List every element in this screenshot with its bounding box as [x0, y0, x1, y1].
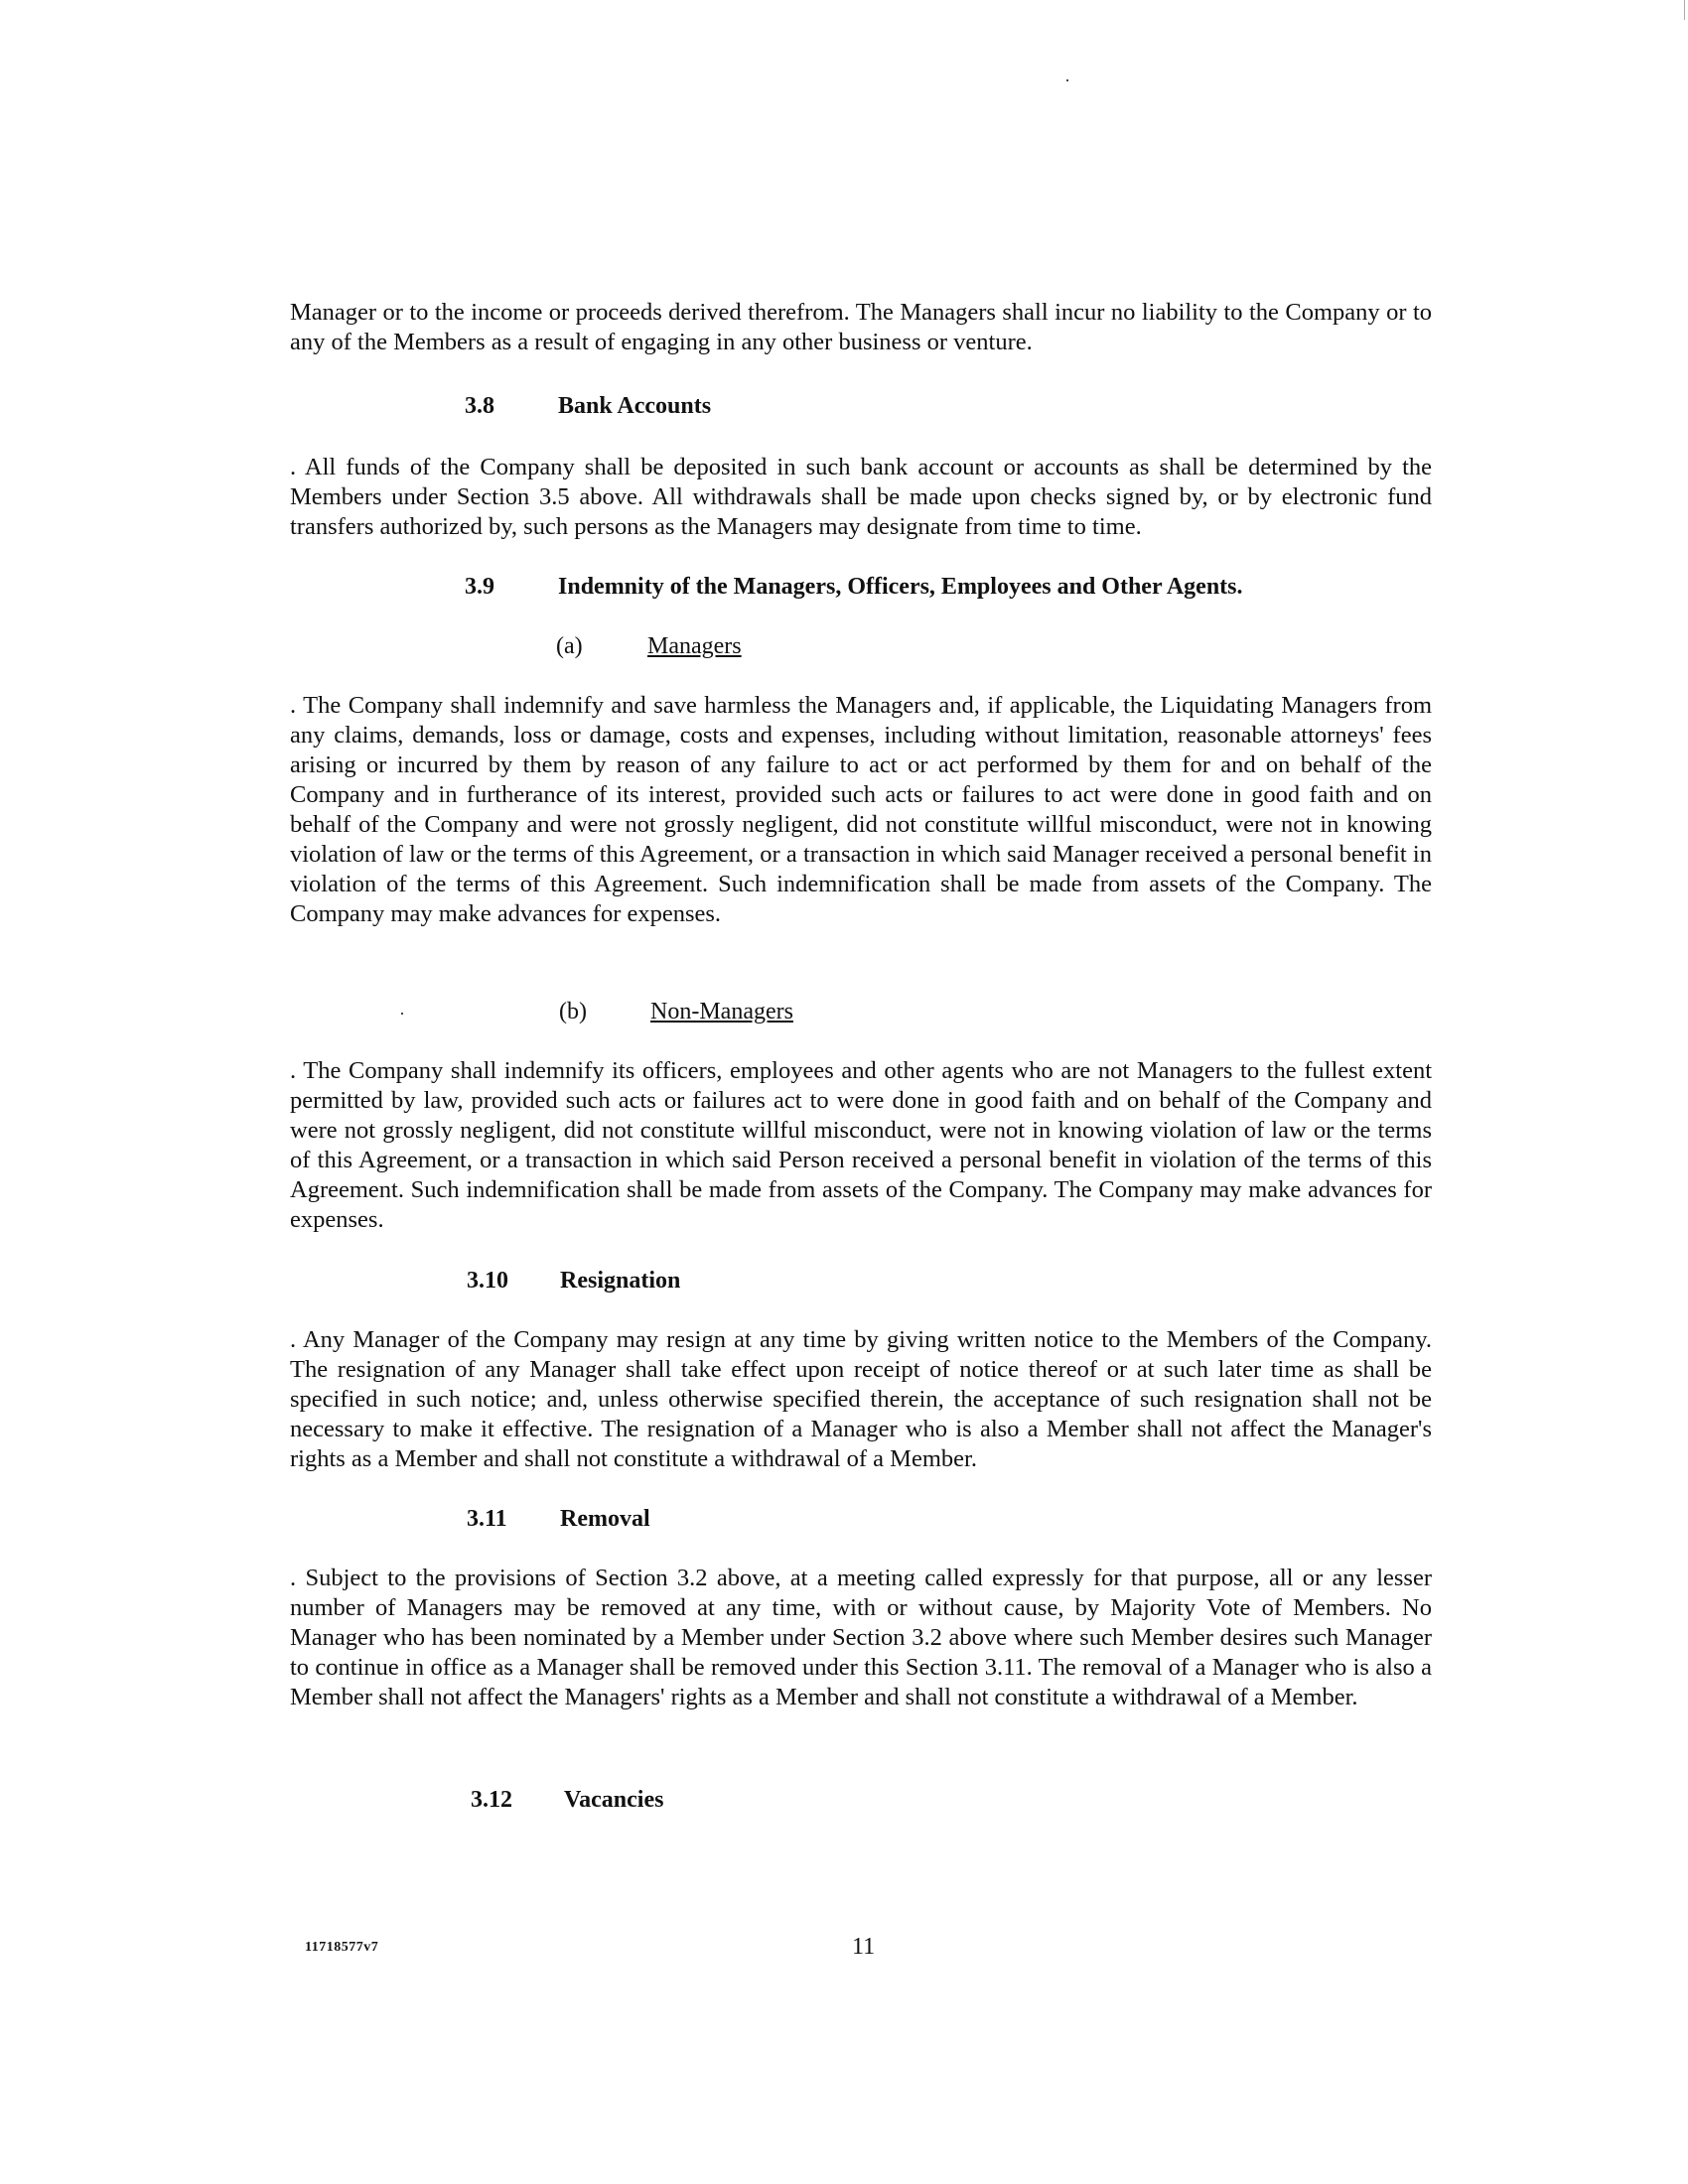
section-title: Removal: [560, 1506, 650, 1532]
section-number: 3.10: [467, 1266, 560, 1296]
subsection-title: Non-Managers: [650, 999, 793, 1024]
section-number: 3.9: [465, 572, 558, 602]
section-heading-3-11: 3.11Removal: [467, 1504, 650, 1534]
continuation-paragraph: Manager or to the income or proceeds der…: [290, 298, 1432, 357]
section-title: Resignation: [560, 1268, 680, 1294]
section-heading-3-10: 3.10Resignation: [467, 1266, 680, 1296]
section-number: 3.12: [471, 1785, 564, 1815]
document-page: Manager or to the income or proceeds der…: [0, 0, 1688, 2184]
subsection-label: (b): [559, 997, 650, 1026]
footer-document-id: 11718577v7: [305, 1940, 378, 1956]
subsection-label: (a): [556, 631, 647, 661]
subsection-heading-a: (a)Managers: [556, 631, 742, 661]
section-title: Vacancies: [564, 1787, 663, 1813]
subsection-body-a: . The Company shall indemnify and save h…: [290, 691, 1432, 929]
page-number: 11: [852, 1934, 875, 1961]
scan-artifact: [1066, 79, 1068, 81]
section-number: 3.11: [467, 1504, 560, 1534]
scan-artifact: [401, 1013, 403, 1015]
section-heading-3-9: 3.9Indemnity of the Managers, Officers, …: [465, 572, 1243, 602]
section-title: Bank Accounts: [558, 393, 711, 419]
section-number: 3.8: [465, 391, 558, 421]
section-body-3-11: . Subject to the provisions of Section 3…: [290, 1564, 1432, 1712]
section-heading-3-8: 3.8Bank Accounts: [465, 391, 711, 421]
scan-edge: [1684, 0, 1685, 20]
section-heading-3-12: 3.12Vacancies: [471, 1785, 663, 1815]
subsection-heading-b: (b)Non-Managers: [559, 997, 793, 1026]
section-body-3-10: . Any Manager of the Company may resign …: [290, 1325, 1432, 1474]
section-title: Indemnity of the Managers, Officers, Emp…: [558, 574, 1243, 600]
section-body-3-8: . All funds of the Company shall be depo…: [290, 453, 1432, 542]
subsection-body-b: . The Company shall indemnify its office…: [290, 1056, 1432, 1235]
subsection-title: Managers: [647, 633, 742, 659]
